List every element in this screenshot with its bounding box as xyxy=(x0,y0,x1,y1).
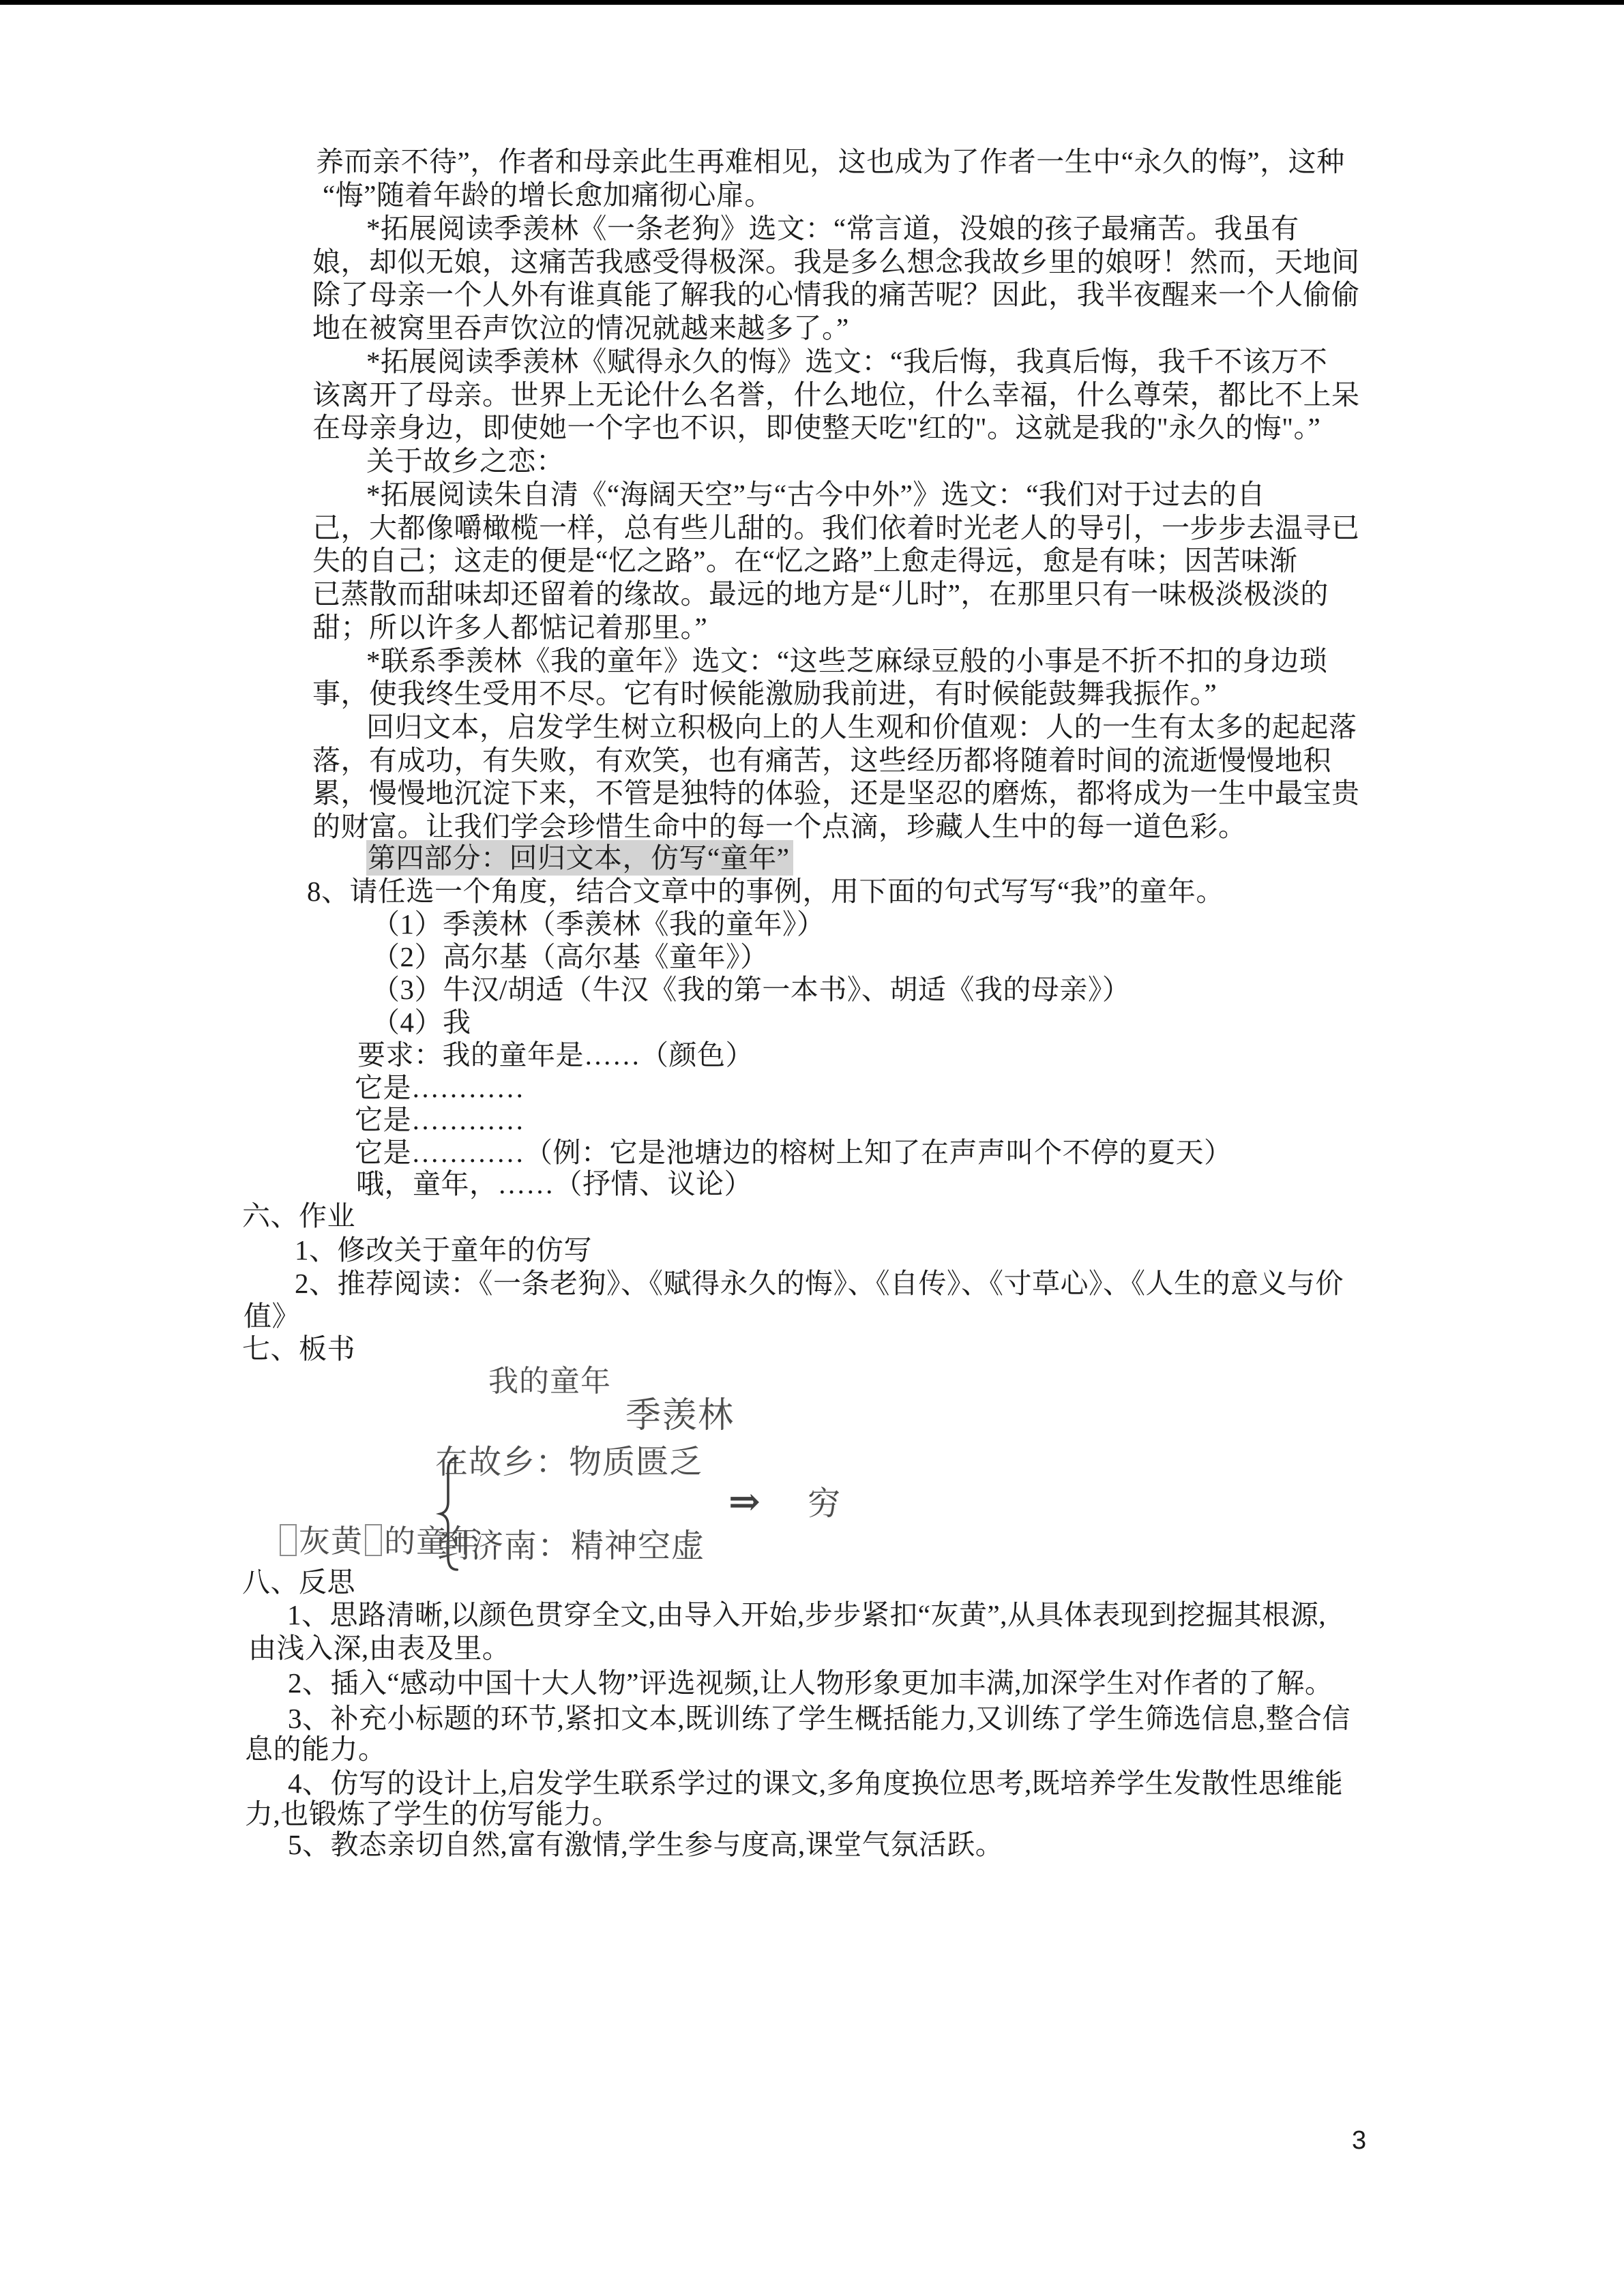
text-line: 甜；所以许多人都惦记着那里。” xyxy=(312,610,707,644)
text-line: （2）高尔基（高尔基《童年》） xyxy=(372,940,769,974)
text-line: 在母亲身边，即使她一个字也不识，即使整天吃"红的"。这就是我的"永久的悔"。” xyxy=(312,411,1320,445)
text-line: 已蒸散而甜味却还留着的缘故。最远的地方是“儿时”，在那里只有一味极淡极淡的 xyxy=(312,577,1329,611)
text-line: 除了母亲一个人外有谁真能了解我的心情我的痛苦呢？因此，我半夜醒来一个人偷偷 xyxy=(312,278,1360,312)
text-line: 七、板书 xyxy=(242,1332,355,1366)
text-line: 六、作业 xyxy=(242,1199,355,1233)
board-branch-hometown: 在故乡：物质匮乏 xyxy=(435,1444,703,1482)
text-line: 养而亲不待”，作者和母亲此生再难相见，这也成为了作者一生中“永久的悔”，这种 xyxy=(316,145,1345,179)
missing-glyph-box xyxy=(280,1524,297,1556)
text-line: 它是………… xyxy=(355,1103,525,1137)
text-line: （3）牛汉/胡适（牛汉《我的第一本书》、胡适《我的母亲》） xyxy=(372,972,1130,1007)
text-line: *联系季羡林《我的童年》选文：“这些芝麻绿豆般的小事是不折不扣的身边琐 xyxy=(366,644,1327,678)
document-page: 养而亲不待”，作者和母亲此生再难相见，这也成为了作者一生中“永久的悔”，这种“悔… xyxy=(0,0,1624,2296)
text-line: 3、补充小标题的环节,紧扣文本,既训练了学生概括能力,又训练了学生筛选信息,整合… xyxy=(288,1701,1350,1735)
board-subject-emphasis: 灰黄 xyxy=(299,1524,363,1559)
text-line: 累，慢慢地沉淀下来，不管是独特的体验，还是坚忍的磨炼，都将成为一生中最宝贵 xyxy=(312,776,1360,810)
text-line: 1、思路清晰,以颜色贯穿全文,由导入开始,步步紧扣“灰黄”,从具体表现到挖掘其根… xyxy=(287,1598,1326,1632)
text-line: 5、教态亲切自然,富有激情,学生参与度高,课堂气氛活跃。 xyxy=(288,1828,1003,1862)
text-line: 事，使我终生受用不尽。它有时候能激励我前进，有时候能鼓舞我振作。” xyxy=(312,676,1217,711)
text-line: 2、推荐阅读：《一条老狗》、《赋得永久的悔》、《自传》、《寸草心》、《人生的意义… xyxy=(295,1266,1344,1300)
text-line: 1、修改关于童年的仿写 xyxy=(295,1233,592,1267)
text-line: *拓展阅读朱自清《“海阔天空”与“古今中外”》选文：“我们对于过去的自 xyxy=(366,477,1265,511)
text-line: 的财富。让我们学会珍惜生命中的每一个点滴，珍藏人生中的每一道色彩。 xyxy=(312,809,1247,844)
text-line: 它是…………（例：它是池塘边的榕树上知了在声声叫个不停的夏天） xyxy=(355,1135,1232,1169)
text-line: 力,也锻炼了学生的仿写能力。 xyxy=(245,1797,620,1831)
board-conclusion: 穷 xyxy=(808,1485,841,1523)
text-line: 哦，童年，……（抒情、议论） xyxy=(356,1167,752,1201)
text-line: 2、插入“感动中国十大人物”评选视频,让人物形象更加丰满,加深学生对作者的了解。 xyxy=(288,1666,1333,1700)
text-line: 落，有成功，有失败，有欢笑，也有痛苦，这些经历都将随着时间的流逝慢慢地积 xyxy=(312,743,1331,777)
text-line: *拓展阅读季羡林《一条老狗》选文：“常言道，没娘的孩子最痛苦。我虽有 xyxy=(366,211,1299,245)
text-line: 8、请任选一个角度，结合文章中的事例，用下面的句式写写“我”的童年。 xyxy=(307,874,1224,908)
text-line: 要求：我的童年是……（颜色） xyxy=(357,1038,754,1072)
text-line: 4、仿写的设计上,启发学生联系学过的课文,多角度换位思考,既培养学生发散性思维能 xyxy=(288,1766,1343,1800)
board-branch-jinan: 到济南：精神空虚 xyxy=(437,1527,705,1566)
text-line: （1）季羡林（季羡林《我的童年》） xyxy=(372,907,825,941)
text-line: 值》 xyxy=(243,1299,300,1333)
text-line: 息的能力。 xyxy=(245,1732,387,1766)
text-line: *拓展阅读季羡林《赋得永久的悔》选文：“我后悔，我真后悔，我千不该万不 xyxy=(366,344,1327,378)
text-line: 该离开了母亲。世界上无论什么名誉，什么地位，什么幸福，什么尊荣，都比不上呆 xyxy=(312,378,1360,412)
text-line: “悔”随着年龄的增长愈加痛彻心扉。 xyxy=(323,178,773,212)
board-title: 我的童年 xyxy=(488,1365,611,1399)
text-line: 关于故乡之恋： xyxy=(366,444,565,478)
text-line: 地在被窝里吞声饮泣的情况就越来越多了。” xyxy=(312,311,849,345)
page-top-border xyxy=(0,0,1624,5)
text-line: 娘，却似无娘，这痛苦我感受得极深。我是多么想念我故乡里的娘呀！然而，天地间 xyxy=(312,245,1360,279)
page-number: 3 xyxy=(1352,2126,1366,2156)
double-arrow-icon: ⇒ xyxy=(728,1481,761,1523)
text-line: 它是………… xyxy=(355,1071,525,1105)
board-author: 季羡林 xyxy=(625,1397,734,1436)
text-line: （4）我 xyxy=(372,1005,471,1039)
highlighted-section-title: 第四部分：回归文本，仿写“童年” xyxy=(366,840,793,876)
text-line: 由浅入深,由表及里。 xyxy=(248,1631,510,1665)
missing-glyph-box xyxy=(365,1524,382,1556)
text-line: 失的自己；这走的便是“忆之路”。在“忆之路”上愈走得远，愈是有味；因苦味渐 xyxy=(312,543,1297,578)
text-line: 回归文本，启发学生树立积极向上的人生观和价值观：人的一生有太多的起起落 xyxy=(366,710,1357,744)
text-line: 己，大都像嚼橄榄一样，总有些儿甜的。我们依着时光老人的导引，一步步去温寻已 xyxy=(312,511,1360,545)
